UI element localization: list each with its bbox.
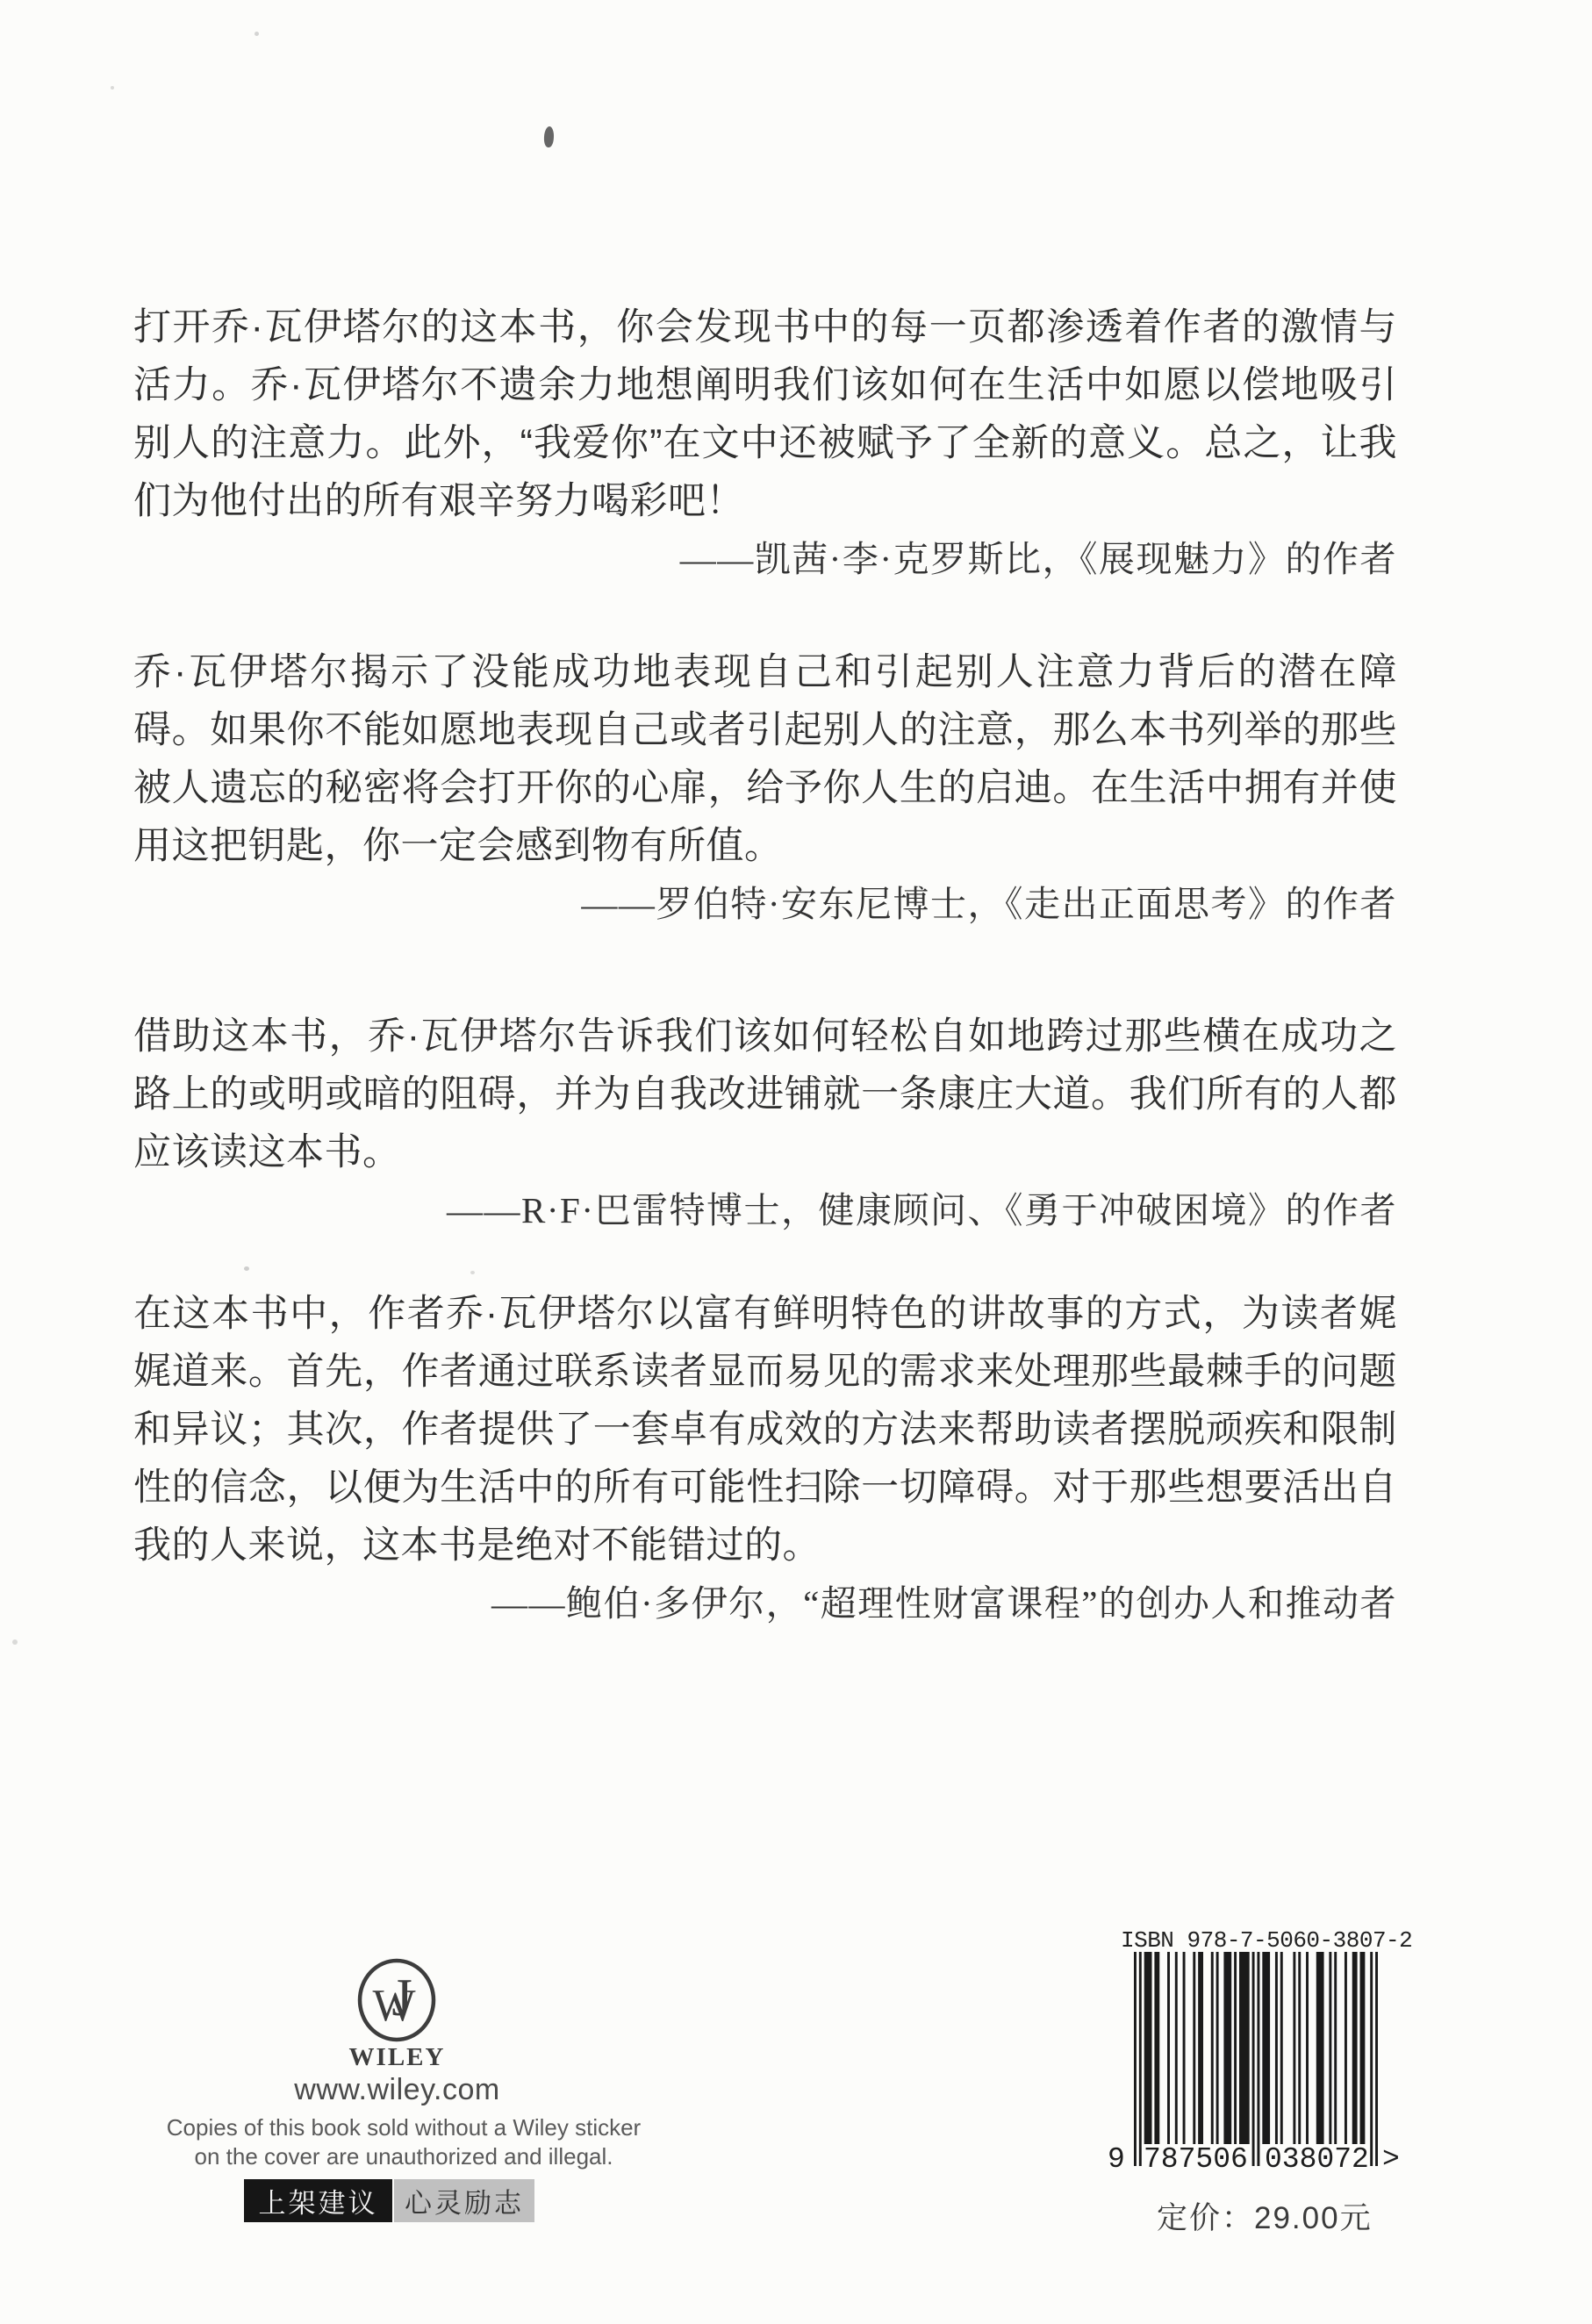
- review-text: 乔·瓦伊塔尔揭示了没能成功地表现自己和引起别人注意力背后的潜在障碍。如果你不能如…: [133, 643, 1397, 875]
- scan-speck: [543, 126, 554, 148]
- review-quote-1: 打开乔·瓦伊塔尔的这本书，你会发现书中的每一页都渗透着作者的激情与活力。乔·瓦伊…: [133, 298, 1397, 588]
- svg-text:J: J: [391, 1969, 412, 2026]
- barcode-digit-lead: 9: [1108, 2143, 1125, 2176]
- review-quote-2: 乔·瓦伊塔尔揭示了没能成功地表现自己和引起别人注意力背后的潜在障碍。如果你不能如…: [133, 643, 1397, 933]
- price-label: 定价：29.00元: [1157, 2194, 1373, 2238]
- shelving-label: 上架建议: [244, 2179, 392, 2222]
- wiley-logo-icon: W J: [355, 1957, 438, 2043]
- review-attribution: ——罗伯特·安东尼博士，《走出正面思考》的作者: [133, 875, 1397, 933]
- review-attribution: ——R·F·巴雷特博士，健康顾问、《勇于冲破困境》的作者: [133, 1181, 1397, 1239]
- scan-speck: [244, 1266, 249, 1271]
- barcode-digit-suffix: >: [1382, 2143, 1400, 2176]
- book-back-cover: 打开乔·瓦伊塔尔的这本书，你会发现书中的每一页都渗透着作者的激情与活力。乔·瓦伊…: [0, 0, 1592, 2324]
- publisher-notice: Copies of this book sold without a Wiley…: [154, 2113, 654, 2171]
- review-quote-4: 在这本书中，作者乔·瓦伊塔尔以富有鲜明特色的讲故事的方式，为读者娓娓道来。首先，…: [133, 1285, 1397, 1632]
- scan-speck: [470, 1271, 475, 1274]
- review-text: 借助这本书，乔·瓦伊塔尔告诉我们该如何轻松自如地跨过那些横在成功之路上的或明或暗…: [133, 1008, 1397, 1181]
- review-text: 在这本书中，作者乔·瓦伊塔尔以富有鲜明特色的讲故事的方式，为读者娓娓道来。首先，…: [133, 1285, 1397, 1574]
- ean13-barcode: [1134, 1952, 1378, 2166]
- shelving-category: 心灵励志: [394, 2179, 534, 2222]
- review-text: 打开乔·瓦伊塔尔的这本书，你会发现书中的每一页都渗透着作者的激情与活力。乔·瓦伊…: [133, 298, 1397, 530]
- isbn-number: ISBN 978-7-5060-3807-2: [1121, 1927, 1402, 1954]
- shelving-badge: 上架建议 心灵励志: [244, 2179, 534, 2222]
- scan-speck: [12, 1639, 18, 1645]
- review-attribution: ——凯茜·李·克罗斯比，《展现魅力》的作者: [133, 530, 1397, 588]
- barcode-digit-group1: 787506: [1144, 2143, 1248, 2176]
- publisher-notice-line2: on the cover are unauthorized and illega…: [195, 2143, 613, 2170]
- scan-speck: [111, 86, 114, 90]
- publisher-website: www.wiley.com: [290, 2073, 505, 2107]
- barcode-digit-group2: 038072: [1265, 2143, 1369, 2176]
- publisher-notice-line1: Copies of this book sold without a Wiley…: [167, 2114, 641, 2141]
- review-attribution: ——鲍伯·多伊尔，“超理性财富课程”的创办人和推动者: [133, 1574, 1397, 1632]
- publisher-name: WILEY: [290, 2043, 505, 2072]
- review-quote-3: 借助这本书，乔·瓦伊塔尔告诉我们该如何轻松自如地跨过那些横在成功之路上的或明或暗…: [133, 1008, 1397, 1239]
- scan-speck: [255, 32, 259, 36]
